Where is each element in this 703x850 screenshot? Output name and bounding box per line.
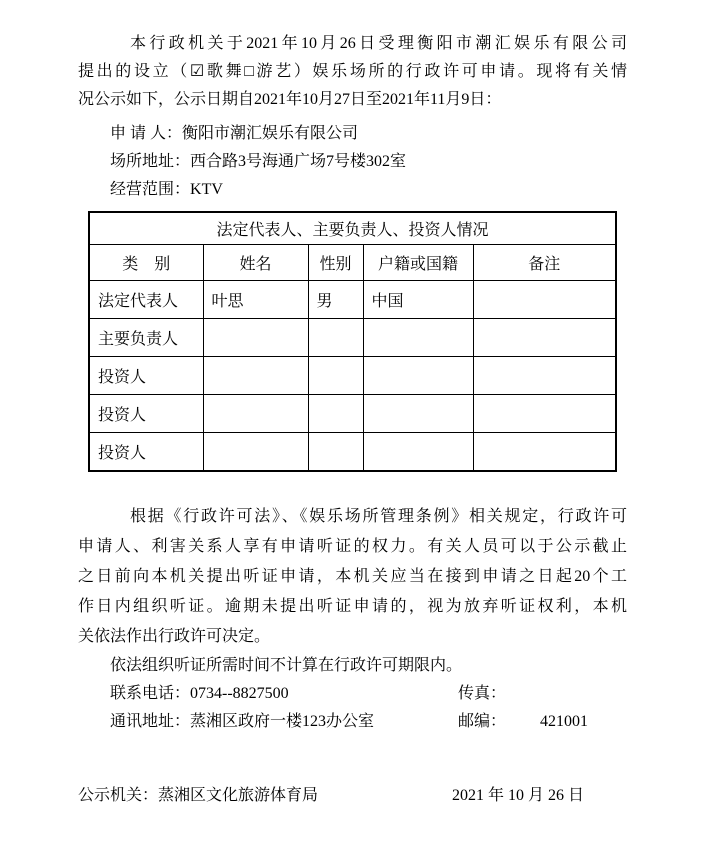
table-cell: 中国 xyxy=(363,281,473,319)
column-header: 类 别 xyxy=(89,245,203,281)
table-cell xyxy=(473,357,616,395)
phone-value: 0734--8827500 xyxy=(190,685,289,702)
hearing-note-line: 依法组织听证所需时间不计算在行政许可期限内。 xyxy=(78,652,627,680)
hearing-rights-paragraph: 根据《行政许可法》、《娱乐场所管理条例》相关规定，行政许可申请人、利害关系人享有… xyxy=(78,502,627,652)
applicant-value: 衡阳市潮汇娱乐有限公司 xyxy=(182,125,358,142)
table-row: 法定代表人叶思男中国 xyxy=(89,281,616,319)
column-header: 户籍或国籍 xyxy=(363,245,473,281)
table-cell xyxy=(473,319,616,357)
table-cell: 投资人 xyxy=(89,357,203,395)
phone-label: 联系电话： xyxy=(110,685,190,702)
footer-line: 公示机关：蒸湘区文化旅游体育局2021 年 10 月 26 日 xyxy=(78,782,627,810)
text-line: 之日前向本机关提出听证申请，本机关应当在接到申请之日起20个工 xyxy=(78,562,627,592)
applicant-line: 申 请 人：衡阳市潮汇娱乐有限公司 xyxy=(78,120,627,148)
table-cell: 男 xyxy=(308,281,363,319)
zip-value: 421001 xyxy=(540,713,588,730)
text-line: 本行政机关于2021年10月26日受理衡阳市潮汇娱乐有限公司 xyxy=(78,30,627,58)
text-line: 提出的设立（☑歌舞□游艺）娱乐场所的行政许可申请。现将有关情 xyxy=(78,58,627,86)
publish-date: 2021 年 10 月 26 日 xyxy=(452,787,584,804)
applicant-label: 申 请 人： xyxy=(110,125,182,142)
table-cell: 投资人 xyxy=(89,433,203,472)
table-cell xyxy=(203,319,308,357)
fax-label: 传真： xyxy=(458,685,506,702)
table-title-row: 法定代表人、主要负责人、投资人情况 xyxy=(89,212,616,245)
table-cell xyxy=(473,433,616,472)
text-line: 关依法作出行政许可决定。 xyxy=(78,622,627,652)
table-cell: 主要负责人 xyxy=(89,319,203,357)
table-header-row: 类 别姓名性别户籍或国籍备注 xyxy=(89,245,616,281)
table-cell: 叶思 xyxy=(203,281,308,319)
mail-zip-line: 通讯地址：蒸湘区政府一楼123办公室邮编：421001 xyxy=(78,708,627,736)
mail-value: 蒸湘区政府一楼123办公室 xyxy=(190,713,374,730)
table-cell xyxy=(308,433,363,472)
column-header: 备注 xyxy=(473,245,616,281)
table-cell xyxy=(308,395,363,433)
phone-group: 联系电话：0734--8827500 xyxy=(110,680,458,708)
table-row: 投资人 xyxy=(89,395,616,433)
address-value: 西合路3号海通广场7号楼302室 xyxy=(190,153,406,170)
table-cell xyxy=(203,357,308,395)
address-label: 场所地址： xyxy=(110,153,190,170)
zip-label: 邮编： xyxy=(458,713,506,730)
table-cell xyxy=(363,433,473,472)
table-cell xyxy=(308,357,363,395)
document-page: 本行政机关于2021年10月26日受理衡阳市潮汇娱乐有限公司提出的设立（☑歌舞□… xyxy=(0,0,703,850)
table-cell xyxy=(473,395,616,433)
table-cell xyxy=(363,319,473,357)
business-scope-line: 经营范围：KTV xyxy=(78,176,627,204)
agency-group: 公示机关：蒸湘区文化旅游体育局 xyxy=(78,782,452,810)
table-cell: 法定代表人 xyxy=(89,281,203,319)
table-title: 法定代表人、主要负责人、投资人情况 xyxy=(89,212,616,245)
text-line: 根据《行政许可法》、《娱乐场所管理条例》相关规定，行政许可 xyxy=(78,502,627,532)
table-cell: 投资人 xyxy=(89,395,203,433)
agency-value: 蒸湘区文化旅游体育局 xyxy=(158,787,318,804)
intro-paragraph: 本行政机关于2021年10月26日受理衡阳市潮汇娱乐有限公司提出的设立（☑歌舞□… xyxy=(78,30,627,114)
text-line: 况公示如下，公示日期自2021年10月27日至2021年11月9日： xyxy=(78,86,627,114)
table-row: 投资人 xyxy=(89,357,616,395)
text-line: 申请人、利害关系人享有申请听证的权力。有关人员可以于公示截止 xyxy=(78,532,627,562)
persons-table: 法定代表人、主要负责人、投资人情况 类 别姓名性别户籍或国籍备注 法定代表人叶思… xyxy=(88,211,617,472)
mail-group: 通讯地址：蒸湘区政府一楼123办公室 xyxy=(110,708,458,736)
text-line: 作日内组织听证。逾期未提出听证申请的，视为放弃听证权利，本机 xyxy=(78,592,627,622)
column-header: 姓名 xyxy=(203,245,308,281)
table-cell xyxy=(308,319,363,357)
venue-address-line: 场所地址：西合路3号海通广场7号楼302室 xyxy=(78,148,627,176)
table-row: 投资人 xyxy=(89,433,616,472)
table-cell xyxy=(203,395,308,433)
scope-value: KTV xyxy=(190,181,223,198)
table-cell xyxy=(363,357,473,395)
scope-label: 经营范围： xyxy=(110,181,190,198)
column-header: 性别 xyxy=(308,245,363,281)
agency-label: 公示机关： xyxy=(78,787,158,804)
table-cell xyxy=(473,281,616,319)
table-cell xyxy=(203,433,308,472)
phone-fax-line: 联系电话：0734--8827500传真： xyxy=(78,680,627,708)
table-cell xyxy=(363,395,473,433)
table-row: 主要负责人 xyxy=(89,319,616,357)
mail-label: 通讯地址： xyxy=(110,713,190,730)
